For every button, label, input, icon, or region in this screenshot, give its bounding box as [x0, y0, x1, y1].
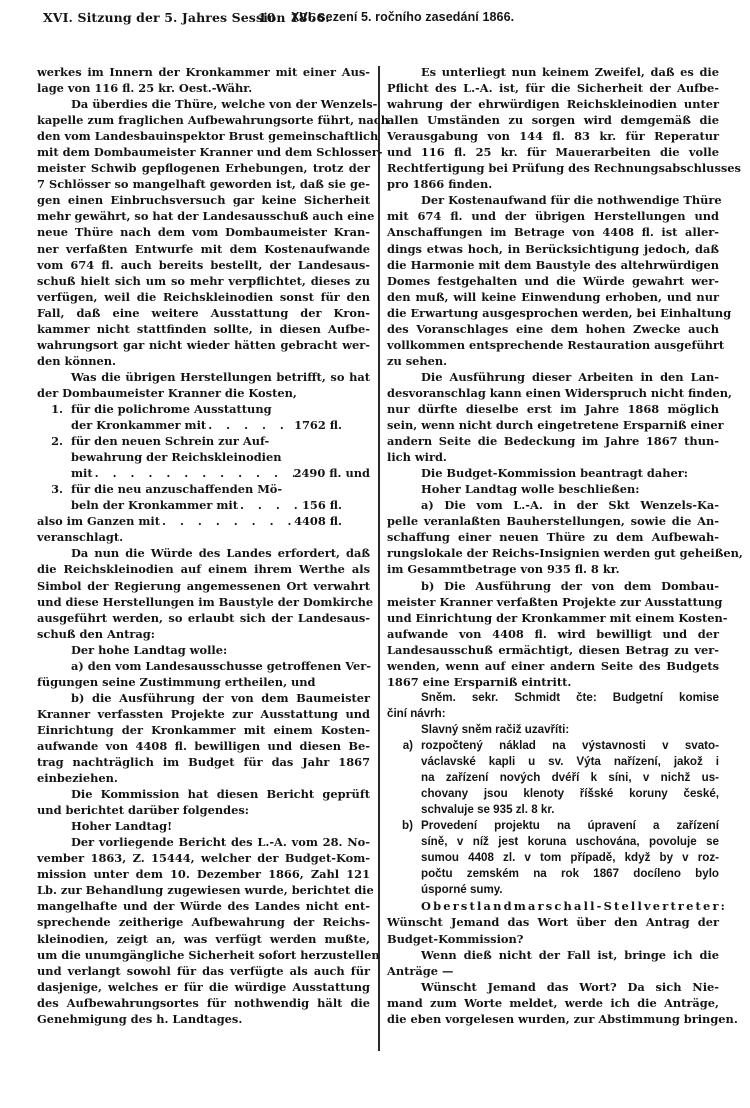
text-line: ner verfaßten Entwurfe mit dem Kostenauf… [37, 241, 370, 257]
text-line: mand zum Worte meldet, werde ich die Ant… [387, 995, 719, 1011]
text-line: mangelhafte und der Würde des Landes nic… [37, 898, 370, 914]
cost-item-text: für die neu anzuschaffenden Mö- [71, 481, 370, 497]
leader-dots: . . . . . . . . . . . . . . . . [93, 465, 294, 481]
cost-item-text: für den neuen Schrein zur Auf- [71, 433, 370, 449]
cost-item-amount-row: beln der Kronkammer mit. . . . . . . . .… [37, 497, 370, 513]
text-line: die Reichskleinodien auf einem ihrem Wer… [37, 561, 370, 577]
czech-motion-text: schvaluje se 935 zl. 8 kr. [421, 802, 719, 818]
text-line: Der vorliegende Bericht des L.-A. vom 28… [37, 834, 370, 850]
column-divider [378, 66, 380, 1051]
text-line: schaffung einer neuen Thüre zu dem Aufbe… [387, 529, 719, 545]
czech-motion-label [387, 770, 421, 786]
text-line: kammer nicht stattfinden sollte, in dies… [37, 321, 370, 337]
text-line: lich wird. [387, 449, 719, 465]
czech-motion-text: václavské kapli u sv. Výta nařízení, jak… [421, 754, 719, 770]
text-line: des Voranschlages eine dem hohen Zwecke … [387, 321, 719, 337]
text-line: sein, wenn nicht durch eingetretene Ersp… [387, 417, 719, 433]
text-line: 7 Schlösser so mangelhaft geworden ist, … [37, 176, 370, 192]
czech-motion-line: chovany jsou klenoty říšské koruny české… [387, 786, 719, 802]
text-line: Fall, daß eine weitere Ausstattung der K… [37, 305, 370, 321]
text-line: Wünscht Jemand das Wort über den Antrag … [387, 914, 719, 930]
text-line: kapelle zum fraglichen Aufbewahrungsorte… [37, 112, 370, 128]
text-line: Einrichtung der Kronkammer mit einem Kos… [37, 722, 370, 738]
text-line: mit 674 fl. und der übrigen Herstellunge… [387, 208, 719, 224]
czech-motion-label [387, 850, 421, 866]
cost-total-row: also im Ganzen mit. . . . . . . . . . . … [37, 513, 370, 529]
text-line: Oberstlandmarschall-Stellvertreter: [387, 898, 719, 914]
cost-item-line: bewahrung der Reichskleinodien [37, 449, 370, 465]
text-line: vom 674 fl. auch bereits bestellt, der L… [37, 257, 370, 273]
text-line: pro 1866 finden. [387, 176, 719, 192]
text-line: meister Kranner verfaßten Projekte zur A… [387, 594, 719, 610]
text-line: werkes im Innern der Kronkammer mit eine… [37, 64, 370, 80]
text-line: mission unter dem 10. Dezember 1866, Zah… [37, 866, 370, 882]
cost-item-amount: 1762 fl. [294, 417, 370, 433]
text-line: Slavný sněm račiž uzavříti: [387, 722, 719, 738]
text-line: verfügen, weil die Reichskleinodien sons… [37, 289, 370, 305]
text-line: Die Ausführung dieser Arbeiten in den La… [387, 369, 719, 385]
cost-item-amount: 2490 fl. und [294, 465, 370, 481]
text-line: des Aufbewahrungsortes für nothwendig hä… [37, 995, 370, 1011]
text-line: wenden, wenn auf einer andern Seite des … [387, 658, 719, 674]
czech-motion-line: schvaluje se 935 zl. 8 kr. [387, 802, 719, 818]
cost-item-line: 3.für die neu anzuschaffenden Mö- [37, 481, 370, 497]
text-line: und 116 fl. 25 kr. für Mauerarbeiten die… [387, 144, 719, 160]
cost-item-line: 2.für den neuen Schrein zur Auf- [37, 433, 370, 449]
text-line: Wünscht Jemand das Wort? Da sich Nie- [387, 979, 719, 995]
leader-dots: . . . . . . . . . . . . [160, 513, 294, 529]
page-header: XVI. Sitzung der 5. Jahres Session 1866.… [0, 4, 750, 26]
text-line: lage von 116 fl. 25 kr. Oest.-Währ. [37, 80, 370, 96]
cost-item-number: 3. [37, 481, 71, 497]
text-line: wahrungsort gar nicht wieder hätten gebr… [37, 337, 370, 353]
czech-motion-label [387, 754, 421, 770]
text-line: Der hohe Landtag wolle: [37, 642, 370, 658]
text-line: im Gesammtbetrage von 935 fl. 8 kr. [387, 561, 719, 577]
czech-motion-text: síně, v níž jest koruna uschována, povol… [421, 834, 719, 850]
text-line: allen Umständen zu sorgen wird demgemäß … [387, 112, 719, 128]
czech-motion-label [387, 834, 421, 850]
text-line: Budget-Kommission? [387, 931, 719, 947]
text-line: dasjenige, welches er für die würdige Au… [37, 979, 370, 995]
czech-motion-text: na zařízení nových dvéří k síni, v nichž… [421, 770, 719, 786]
text-line: den vom Landesbauinspektor Brust gemeins… [37, 128, 370, 144]
czech-motion-label [387, 802, 421, 818]
text-line: dings etwas hoch, in Berücksichtigung je… [387, 241, 719, 257]
text-line: a) Die vom L.-A. in der Skt Wenzels-Ka- [387, 497, 719, 513]
text-line: Anschaffungen im Betrage von 4408 fl. is… [387, 224, 719, 240]
text-line: Es unterliegt nun keinem Zweifel, daß es… [387, 64, 719, 80]
text-line: den muß, will keine Einwendung erhoben, … [387, 289, 719, 305]
text-line: schuß den Antrag: [37, 626, 370, 642]
czech-motion-text: chovany jsou klenoty říšské koruny české… [421, 786, 719, 802]
text-line: sprechende zeitherige Aufbewahrung der R… [37, 914, 370, 930]
right-column-german-czech: Es unterliegt nun keinem Zweifel, daß es… [387, 64, 719, 1027]
text-line: vember 1863, Z. 15444, welcher der Budge… [37, 850, 370, 866]
text-line: Verausgabung von 144 fl. 83 kr. für Repe… [387, 128, 719, 144]
text-line: Domes festgehalten und die Würde gewahrt… [387, 273, 719, 289]
text-line: Simbol der Regierung angemessenen Ort ve… [37, 578, 370, 594]
czech-motion-text: rozpočtený náklad na výstavnosti v svato… [421, 738, 719, 754]
text-line: Sněm. sekr. Schmidt čte: Budgetní komise [387, 690, 719, 706]
text-line: Hoher Landtag! [37, 818, 370, 834]
text-line: Der Kostenaufwand für die nothwendige Th… [387, 192, 719, 208]
text-line: neue Thüre nach dem vom Dombaumeister Kr… [37, 224, 370, 240]
text-line: der Dombaumeister Kranner die Kosten, [37, 385, 370, 401]
header-czech-title: XVI. sezení 5. ročního zasedání 1866. [291, 10, 514, 24]
text-line: činí návrh: [387, 706, 719, 722]
czech-motion-line: a)rozpočtený náklad na výstavnosti v sva… [387, 738, 719, 754]
text-line: andern Seite die Bedeckung im Jahre 1867… [387, 433, 719, 449]
text-line: und verlangt sowohl für das verfügte als… [37, 963, 370, 979]
text-line: veranschlagt. [37, 529, 370, 545]
text-line: Anträge — [387, 963, 719, 979]
text-line: a) den vom Landesausschusse getroffenen … [37, 658, 370, 674]
cost-item-line: 1.für die polichrome Ausstattung [37, 401, 370, 417]
text-line: mit dem Dombaumeister Kranner und dem Sc… [37, 144, 370, 160]
cost-item-text: mit [71, 465, 93, 481]
leader-dots: . . . . . . . . . . . . . . . . [206, 417, 294, 433]
cost-item-number [37, 449, 71, 465]
cost-item-number: 1. [37, 401, 71, 417]
text-line: Die Kommission hat diesen Bericht geprüf… [37, 786, 370, 802]
text-line: die eben vorgelesen wurden, zur Abstimmu… [387, 1011, 719, 1027]
text-line: meister Schwib gepflogenen Erhebungen, t… [37, 160, 370, 176]
text-line: schuß hielt sich um so mehr verpflichtet… [37, 273, 370, 289]
czech-motion-text: počtu zemském na rok 1867 docíleno bylo [421, 866, 719, 882]
text-line: die Erwartung ausgesprochen werden, bei … [387, 305, 719, 321]
text-line: um die unumgängliche Sicherheit sofort h… [37, 947, 370, 963]
cost-item-text: der Kronkammer mit [71, 417, 206, 433]
text-line: den können. [37, 353, 370, 369]
text-line: kleinodien, zeigt an, was verfügt werden… [37, 931, 370, 947]
text-line: Rechtfertigung bei Prüfung des Rechnungs… [387, 160, 719, 176]
text-line: 1867 eine Ersparniß eintritt. [387, 674, 719, 690]
text-line: gen einen Einbruchsversuch gar keine Sic… [37, 192, 370, 208]
total-amount: 4408 fl. [294, 513, 370, 529]
text-line: aufwande von 4408 fl. wird bewilligt und… [387, 626, 719, 642]
cost-item-amount-row: der Kronkammer mit. . . . . . . . . . . … [37, 417, 370, 433]
czech-motion-line: sumou 4408 zl. v tom případě, když by v … [387, 850, 719, 866]
text-line: Da überdies die Thüre, welche von der We… [37, 96, 370, 112]
leader-dots: . . . . . . . . . . . . . . . . [238, 497, 302, 513]
text-line: und Einrichtung der Kronkammer mit einem… [387, 610, 719, 626]
text-line: rungslokale der Reichs-Insignien werden … [387, 545, 719, 561]
text-line: zu sehen. [387, 353, 719, 369]
text-line: und diese Herstellungen im Baustyle der … [37, 594, 370, 610]
cost-item-text: beln der Kronkammer mit [71, 497, 238, 513]
text-line: b) die Ausführung der von dem Baumeister [37, 690, 370, 706]
text-line: vollkommen entsprechende Restauration au… [387, 337, 719, 353]
text-line: trag nachträglich im Budget für das Jahr… [37, 754, 370, 770]
czech-motion-line: václavské kapli u sv. Výta nařízení, jak… [387, 754, 719, 770]
czech-motion-line: úsporné sumy. [387, 882, 719, 898]
czech-motion-line: na zařízení nových dvéří k síni, v nichž… [387, 770, 719, 786]
cost-item-number: 2. [37, 433, 71, 449]
text-line: mehr gewährt, so hat der Landesausschuß … [37, 208, 370, 224]
text-line: ausgeführt werden, so erlaubt sich der L… [37, 610, 370, 626]
text-line: die Harmonie mit dem Baustyle des altehr… [387, 257, 719, 273]
czech-motion-label [387, 786, 421, 802]
text-line: aufwande von 4408 fl. bewilligen und die… [37, 738, 370, 754]
text-line: wahrung der ehrwürdigen Reichskleinodien… [387, 96, 719, 112]
czech-motion-label [387, 866, 421, 882]
cost-item-text: bewahrung der Reichskleinodien [71, 449, 370, 465]
czech-motion-text: Provedení projektu na úpravení a zařízen… [421, 818, 719, 834]
czech-motion-line: síně, v níž jest koruna uschována, povol… [387, 834, 719, 850]
czech-motion-line: počtu zemském na rok 1867 docíleno bylo [387, 866, 719, 882]
text-line: Pflicht des L.-A. ist, für die Sicherhei… [387, 80, 719, 96]
text-line: nur dürfte dieselbe erst im Jahre 1868 m… [387, 401, 719, 417]
text-line: einbeziehen. [37, 770, 370, 786]
text-line: desvoranschlag kann einen Widerspruch ni… [387, 385, 719, 401]
czech-motion-text: úsporné sumy. [421, 882, 719, 898]
text-line: Genehmigung des h. Landtages. [37, 1011, 370, 1027]
text-line: Landesausschuß ermächtigt, diesen Betrag… [387, 642, 719, 658]
header-german-title: XVI. Sitzung der 5. Jahres Session 1866. [43, 10, 330, 25]
total-label: also im Ganzen mit [37, 513, 160, 529]
czech-motion-text: sumou 4408 zl. v tom případě, když by v … [421, 850, 719, 866]
cost-item-amount: 156 fl. [302, 497, 370, 513]
czech-motion-label: b) [387, 818, 421, 834]
text-line: Da nun die Würde des Landes erfordert, d… [37, 545, 370, 561]
czech-motion-label: a) [387, 738, 421, 754]
text-line: Hoher Landtag wolle beschließen: [387, 481, 719, 497]
text-line: und berichtet darüber folgendes: [37, 802, 370, 818]
page-number: 10 [258, 10, 276, 25]
text-line: fügungen seine Zustimmung ertheilen, und [37, 674, 370, 690]
czech-motion-line: b)Provedení projektu na úpravení a zaříz… [387, 818, 719, 834]
text-line: Die Budget-Kommission beantragt daher: [387, 465, 719, 481]
text-line: Was die übrigen Herstellungen betrifft, … [37, 369, 370, 385]
text-line: pelle veranlaßten Bauherstellungen, sowi… [387, 513, 719, 529]
cost-item-amount-row: mit. . . . . . . . . . . . . . . .2490 f… [37, 465, 370, 481]
left-column-german: werkes im Innern der Kronkammer mit eine… [37, 64, 370, 1027]
cost-item-text: für die polichrome Ausstattung [71, 401, 370, 417]
czech-motion-label [387, 882, 421, 898]
text-line: Wenn dieß nicht der Fall ist, bringe ich… [387, 947, 719, 963]
text-line: b) Die Ausführung der von dem Dombau- [387, 578, 719, 594]
text-line: Kranner verfassten Projekte zur Ausstatt… [37, 706, 370, 722]
text-line: Lb. zur Behandlung zugewiesen wurde, ber… [37, 882, 370, 898]
